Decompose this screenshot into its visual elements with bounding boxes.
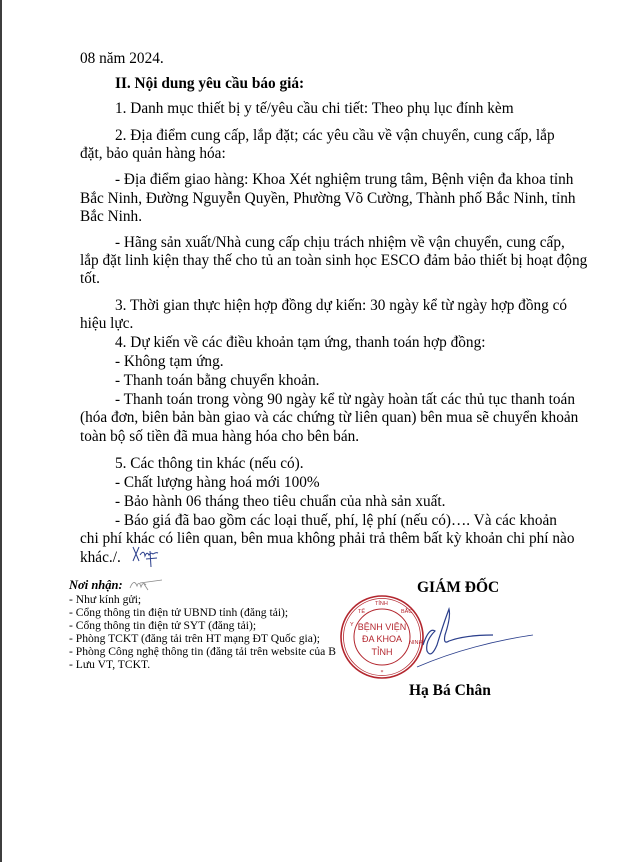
recipient-item: - Phòng Công nghệ thông tin (đăng tải tr… xyxy=(69,645,336,659)
recipient-item: - Lưu VT, TCKT. xyxy=(69,658,150,672)
item-2b-line-2: lắp đặt linh kiện thay thế cho tủ an toà… xyxy=(80,252,587,270)
seal-line-1: BỆNH VIỆN xyxy=(358,622,407,632)
svg-text:TỈNH: TỈNH xyxy=(375,600,388,607)
document-page: 08 năm 2024. II. Nội dung yêu cầu báo gi… xyxy=(0,0,634,862)
item-4c-line-1: - Thanh toán trong vòng 90 ngày kể từ ng… xyxy=(115,391,575,409)
item-3-line-1: 3. Thời gian thực hiện hợp đồng dự kiến:… xyxy=(115,297,567,315)
signer-name: Hạ Bá Chân xyxy=(409,682,491,700)
item-4b: - Thanh toán bằng chuyển khoản. xyxy=(115,372,319,390)
item-5a: - Chất lượng hàng hoá mới 100% xyxy=(115,474,320,492)
item-2b-line-1: - Hãng sản xuất/Nhà cung cấp chịu trách … xyxy=(115,234,565,252)
recipient-item: - Cổng thông tin điện tử SYT (đăng tải); xyxy=(69,619,256,633)
item-4: 4. Dự kiến về các điều khoản tạm ứng, th… xyxy=(115,334,485,352)
text-line: 08 năm 2024. xyxy=(80,50,164,68)
item-4c-line-2: (hóa đơn, biên bản bàn giao và các chứng… xyxy=(80,409,578,427)
recipient-item: - Cổng thông tin điện tử UBND tỉnh (đăng… xyxy=(69,606,288,620)
item-1: 1. Danh mục thiết bị y tế/yêu cầu chi ti… xyxy=(115,100,514,118)
official-seal-icon: BỆNH VIỆN ĐA KHOA TỈNH Y TẾ TỈNH BẮC NIN… xyxy=(339,594,425,680)
recipient-item: - Như kính gửi; xyxy=(69,593,141,607)
recipients-heading: Nơi nhận: xyxy=(69,579,123,593)
item-2-line-1: 2. Địa điểm cung cấp, lắp đặt; các yêu c… xyxy=(115,127,555,145)
item-2a-line-3: Bắc Ninh. xyxy=(80,208,142,226)
item-2a-line-1: - Địa điểm giao hàng: Khoa Xét nghiệm tr… xyxy=(115,171,573,189)
item-2-line-2: đặt, bảo quản hàng hóa: xyxy=(80,145,226,163)
item-4c-line-3: toàn bộ số tiền đã mua hàng hóa cho bên … xyxy=(80,428,359,446)
item-4a: - Không tạm ứng. xyxy=(115,353,224,371)
svg-text:Y: Y xyxy=(350,622,354,628)
svg-text:BẮC: BẮC xyxy=(401,607,412,615)
section-title: II. Nội dung yêu cầu báo giá: xyxy=(115,75,304,93)
signer-title: GIÁM ĐỐC xyxy=(417,579,499,597)
recipient-item: - Phòng TCKT (đăng tải trên HT mạng ĐT Q… xyxy=(69,632,320,646)
item-3-line-2: hiệu lực. xyxy=(80,315,133,333)
item-2b-line-3: tốt. xyxy=(80,270,100,288)
director-signature-icon xyxy=(415,605,535,675)
item-5c-line-1: - Báo giá đã bao gồm các loại thuế, phí,… xyxy=(115,512,557,530)
recipients-initial-icon xyxy=(128,576,164,592)
item-2a-line-2: Bắc Ninh, Đường Nguyễn Quyền, Phường Võ … xyxy=(80,190,576,208)
svg-text:TẾ: TẾ xyxy=(358,608,365,615)
item-5c-line-3: khác./. xyxy=(80,549,121,567)
initial-signature-icon xyxy=(130,543,162,569)
seal-line-2: ĐA KHOA xyxy=(362,634,402,644)
svg-text:*: * xyxy=(381,670,384,676)
seal-line-3: TỈNH xyxy=(372,646,393,657)
item-5: 5. Các thông tin khác (nếu có). xyxy=(115,455,304,473)
item-5b: - Bảo hành 06 tháng theo tiêu chuẩn của … xyxy=(115,493,445,511)
